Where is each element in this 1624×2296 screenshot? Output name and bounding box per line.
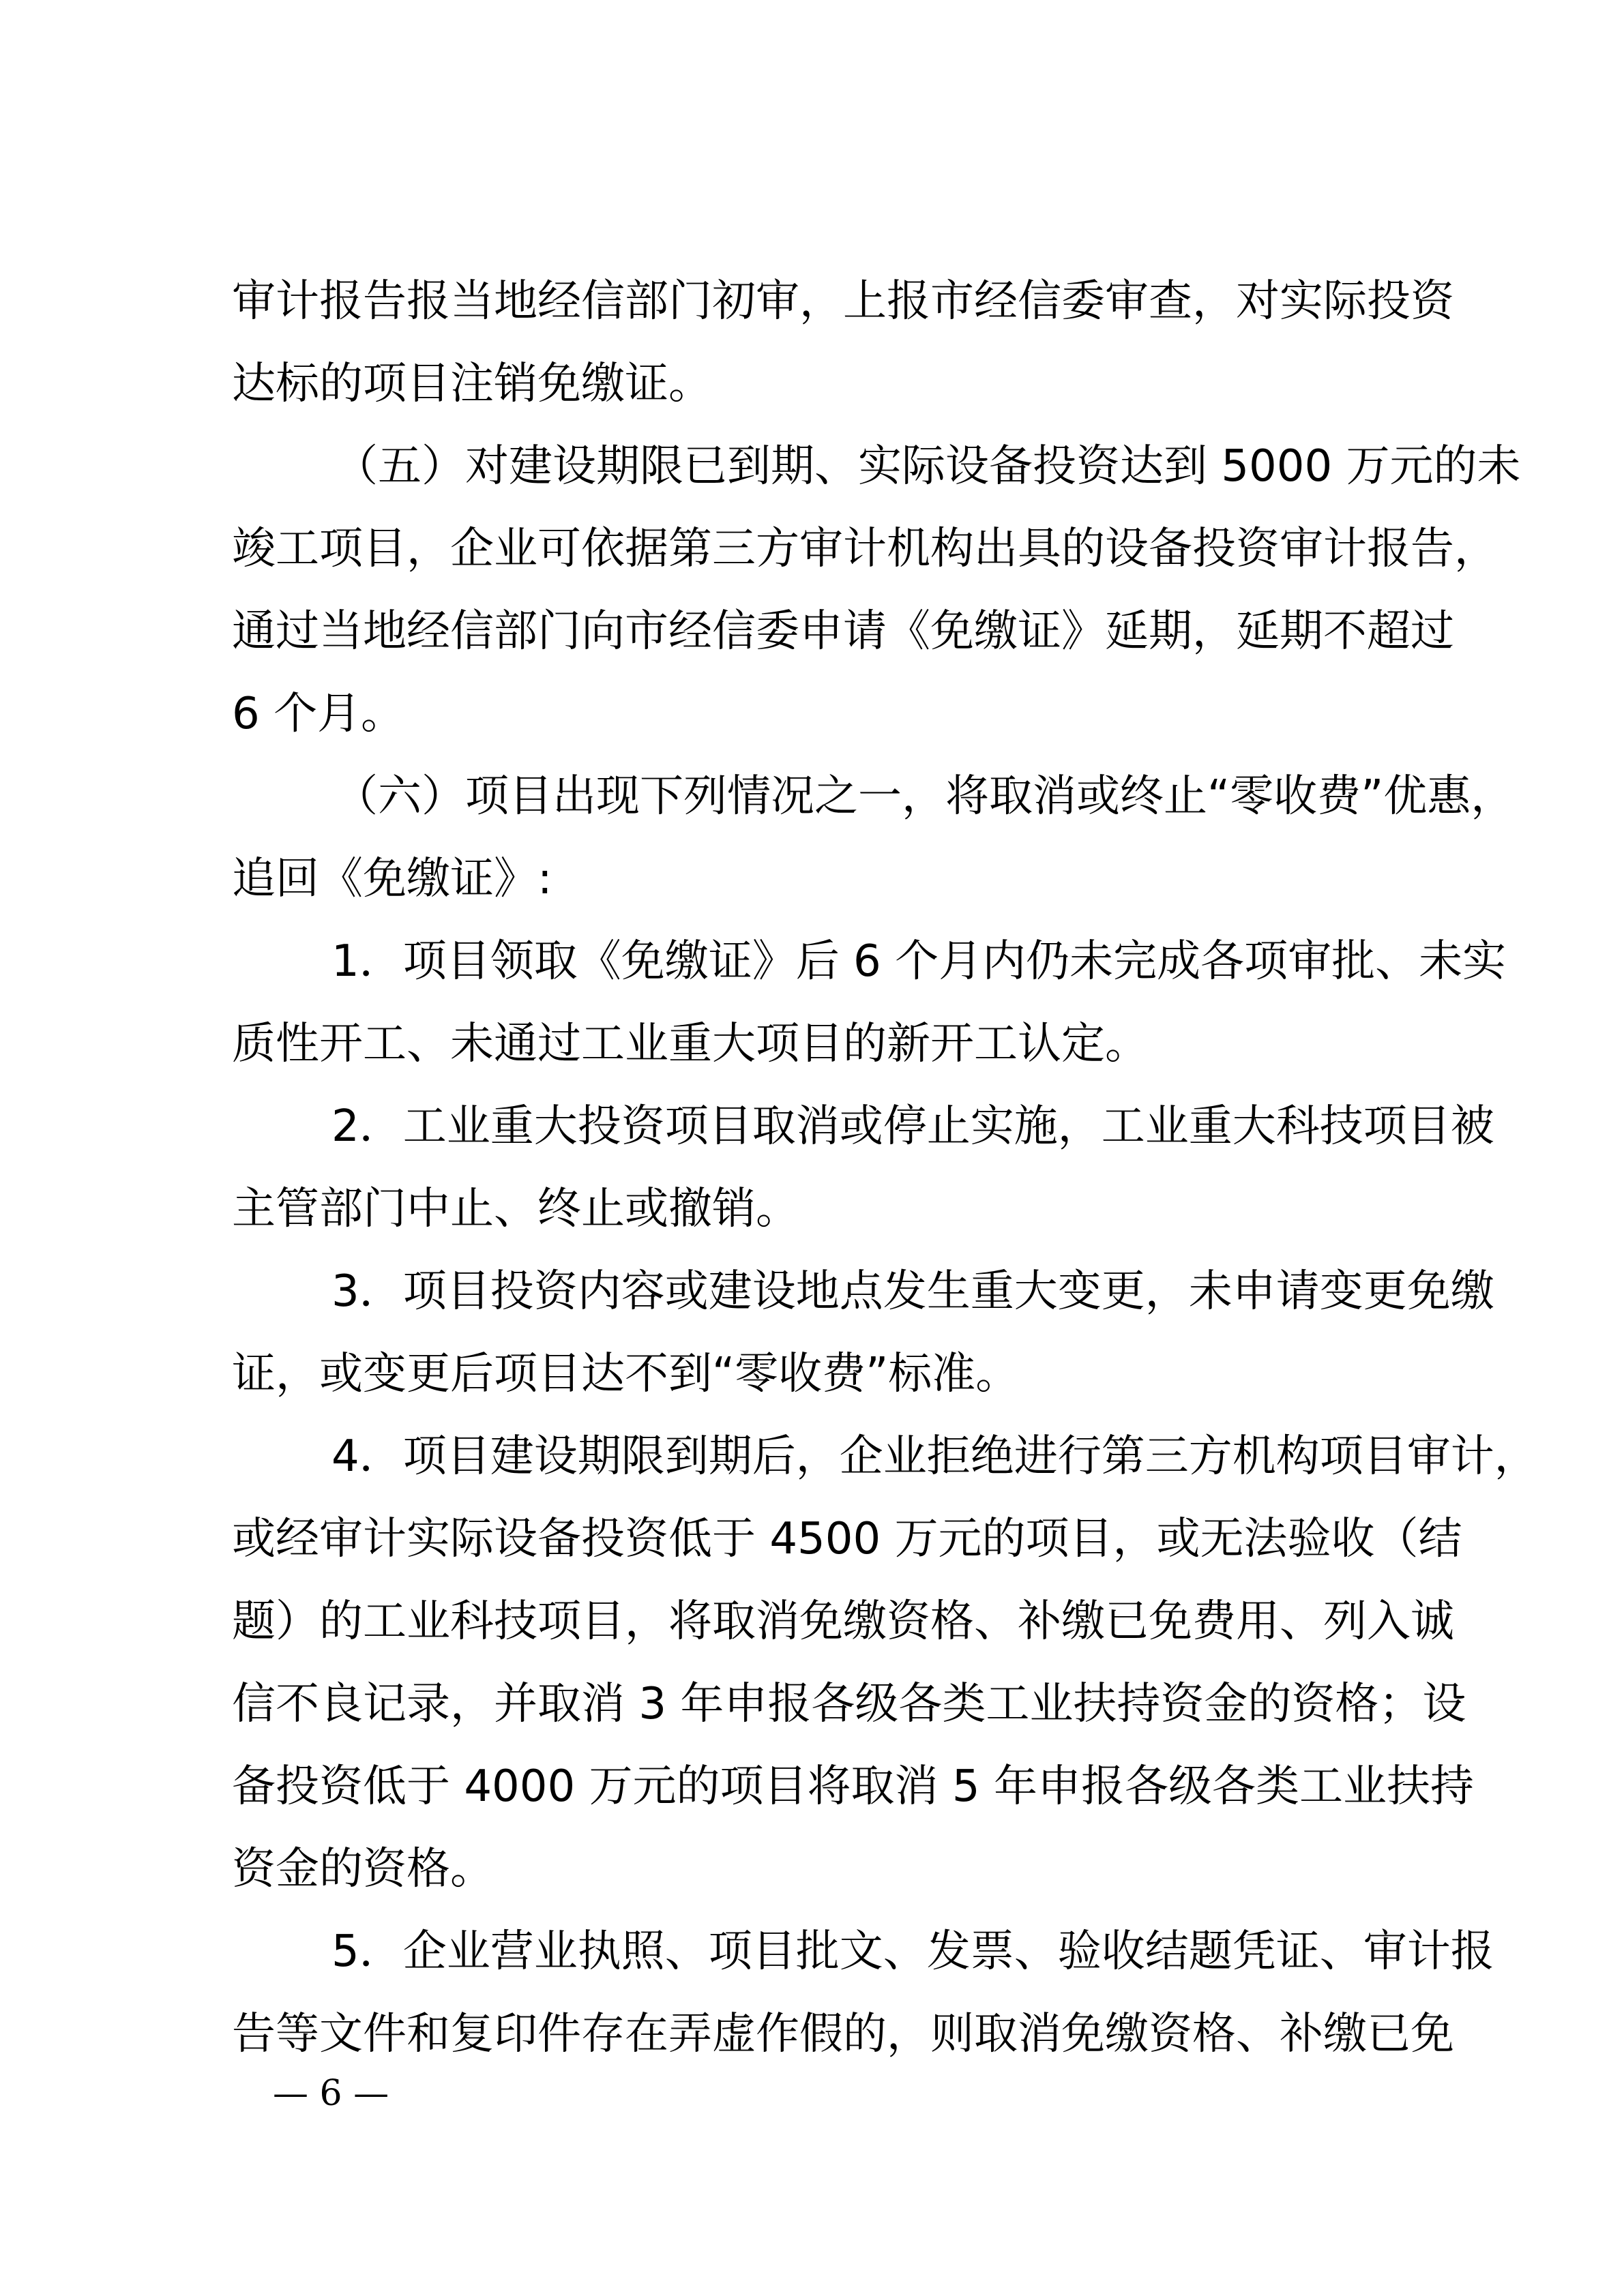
text-line: 证，或变更后项目达不到“零收费”标准。 [232,1333,1412,1416]
body-text: 审计报告报当地经信部门初审，上报市经信委审查，对实际投资 达标的项目注销免缴证。… [232,260,1412,2076]
paragraph-line: 备投资低于 4000 万元的项目将取消 5 年申报各级各类工业扶持 [232,1746,1412,1828]
section-six-heading-line: （六）项目出现下列情况之一，将取消或终止“零收费”优惠， [334,756,1412,838]
paragraph-line: 6 个月。 [232,673,1412,756]
text-line: 通过当地经信部门向市经信委申请《免缴证》延期，延期不超过 [232,591,1412,673]
text-line: 追回《免缴证》: [232,838,1412,921]
list-item-1-line: 1．项目领取《免缴证》后 6 个月内仍未完成各项审批、未实 [331,921,1412,1003]
paragraph-line: 审计报告报当地经信部门初审，上报市经信委审查，对实际投资 [232,260,1412,343]
text-line: 竣工项目，企业可依据第三方审计机构出具的设备投资审计报告， [232,508,1412,591]
text-line: 题）的工业科技项目，将取消免缴资格、补缴已免费用、列入诚 [232,1581,1412,1663]
text-line: 信不良记录，并取消 3 年申报各级各类工业扶持资金的资格；设 [232,1663,1412,1746]
paragraph-line: 竣工项目，企业可依据第三方审计机构出具的设备投资审计报告， [232,508,1412,591]
paragraph-line: 资金的资格。 [232,1828,1412,1911]
paragraph-line: 或经审计实际设备投资低于 4500 万元的项目，或无法验收（结 [232,1498,1412,1581]
text-line: 1．项目领取《免缴证》后 6 个月内仍未完成各项审批、未实 [232,921,1412,1003]
text-line: 3．项目投资内容或建设地点发生重大变更，未申请变更免缴 [232,1251,1412,1333]
text-line: （六）项目出现下列情况之一，将取消或终止“零收费”优惠， [232,756,1412,838]
page-number: — 6 — [273,2066,389,2121]
text-line: 达标的项目注销免缴证。 [232,343,1412,426]
paragraph-line: 质性开工、未通过工业重大项目的新开工认定。 [232,1003,1412,1086]
text-line: （五）对建设期限已到期、实际设备投资达到 5000 万元的未 [232,426,1412,508]
text-line: 主管部门中止、终止或撤销。 [232,1168,1412,1251]
paragraph-line: 告等文件和复印件存在弄虚作假的，则取消免缴资格、补缴已免 [232,1993,1412,2076]
text-line: 资金的资格。 [232,1828,1412,1911]
document-page: 审计报告报当地经信部门初审，上报市经信委审查，对实际投资 达标的项目注销免缴证。… [0,0,1624,2296]
paragraph-line: 题）的工业科技项目，将取消免缴资格、补缴已免费用、列入诚 [232,1581,1412,1663]
list-item-5-line: 5．企业营业执照、项目批文、发票、验收结题凭证、审计报 [331,1911,1412,1993]
text-line: 或经审计实际设备投资低于 4500 万元的项目，或无法验收（结 [232,1498,1412,1581]
list-item-2-line: 2．工业重大投资项目取消或停止实施，工业重大科技项目被 [331,1086,1412,1168]
list-item-4-line: 4．项目建设期限到期后，企业拒绝进行第三方机构项目审计， [331,1416,1412,1498]
section-five-heading-line: （五）对建设期限已到期、实际设备投资达到 5000 万元的未 [334,426,1412,508]
list-item-3-line: 3．项目投资内容或建设地点发生重大变更，未申请变更免缴 [331,1251,1412,1333]
text-line: 质性开工、未通过工业重大项目的新开工认定。 [232,1003,1412,1086]
text-line: 5．企业营业执照、项目批文、发票、验收结题凭证、审计报 [232,1911,1412,1993]
paragraph-line: 主管部门中止、终止或撤销。 [232,1168,1412,1251]
paragraph-line: 追回《免缴证》: [232,838,1412,921]
text-line: 告等文件和复印件存在弄虚作假的，则取消免缴资格、补缴已免 [232,1993,1412,2076]
text-line: 4．项目建设期限到期后，企业拒绝进行第三方机构项目审计， [232,1416,1412,1498]
paragraph-line: 信不良记录，并取消 3 年申报各级各类工业扶持资金的资格；设 [232,1663,1412,1746]
text-line: 审计报告报当地经信部门初审，上报市经信委审查，对实际投资 [232,260,1412,343]
text-line: 备投资低于 4000 万元的项目将取消 5 年申报各级各类工业扶持 [232,1746,1412,1828]
paragraph-line: 通过当地经信部门向市经信委申请《免缴证》延期，延期不超过 [232,591,1412,673]
paragraph-line: 证，或变更后项目达不到“零收费”标准。 [232,1333,1412,1416]
paragraph-line: 达标的项目注销免缴证。 [232,343,1412,426]
text-line: 6 个月。 [232,673,1412,756]
text-line: 2．工业重大投资项目取消或停止实施，工业重大科技项目被 [232,1086,1412,1168]
